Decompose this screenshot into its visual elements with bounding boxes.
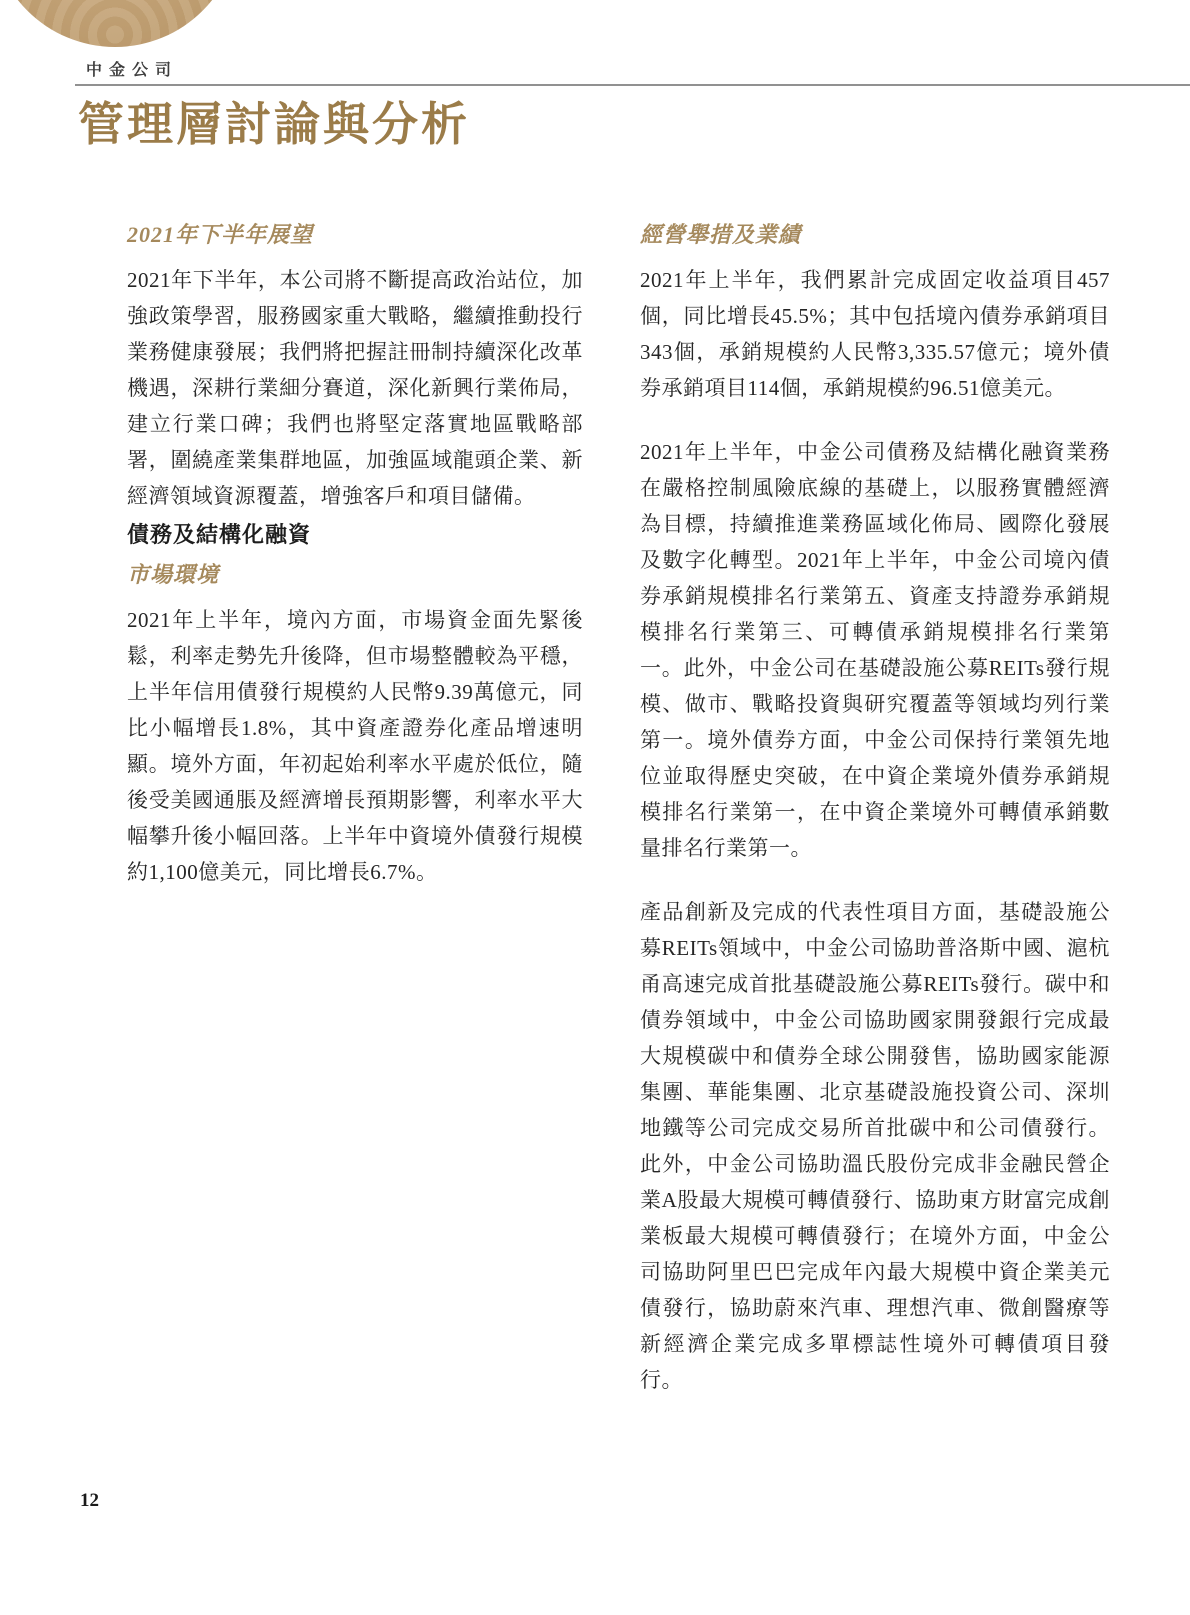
paragraph-operations-3: 產品創新及完成的代表性項目方面，基礎設施公募REITs領域中，中金公司協助普洛斯… <box>640 894 1110 1398</box>
brand-text: 中金公司 <box>86 57 178 80</box>
paragraph-operations-1: 2021年上半年，我們累計完成固定收益項目457個，同比增長45.5%；其中包括… <box>640 262 1110 406</box>
paragraph-outlook: 2021年下半年，本公司將不斷提高政治站位，加強政策學習，服務國家重大戰略，繼續… <box>127 262 583 514</box>
subsection-heading-market-environment: 市場環境 <box>127 560 583 590</box>
section-heading-outlook: 2021年下半年展望 <box>127 220 583 250</box>
page-title: 管理層討論與分析 <box>78 94 470 156</box>
paragraph-operations-2: 2021年上半年，中金公司債務及結構化融資業務在嚴格控制風險底線的基礎上，以服務… <box>640 434 1110 866</box>
decorative-gold-circle <box>0 0 239 47</box>
page-number: 12 <box>80 1490 99 1512</box>
left-column: 2021年下半年展望 2021年下半年，本公司將不斷提高政治站位，加強政策學習，… <box>127 220 583 918</box>
right-column: 經營舉措及業績 2021年上半年，我們累計完成固定收益項目457個，同比增長45… <box>640 220 1110 1426</box>
header-rule <box>75 84 1190 86</box>
paragraph-market-environment: 2021年上半年，境內方面，市場資金面先緊後鬆，利率走勢先升後降，但市場整體較為… <box>127 602 583 890</box>
section-heading-debt-financing: 債務及結構化融資 <box>127 520 583 550</box>
subsection-heading-operations-results: 經營舉措及業績 <box>640 220 1110 250</box>
